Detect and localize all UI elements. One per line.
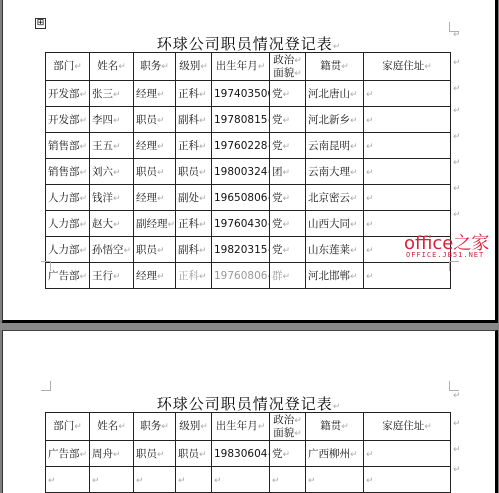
cell-hometown[interactable]: 河北新乡↵ [306, 107, 364, 133]
margin-corner-top-right [449, 381, 459, 391]
header-position: 职务↵ [134, 53, 176, 81]
table-row: 销售部↵ 刘六↵ 职员↵ 职员↵ 19800324↵ 团↵ 云南大理↵ ↵ [46, 159, 451, 185]
cell-dept[interactable]: 销售部↵ [46, 133, 90, 159]
row-end-mark: ↵ [453, 158, 461, 168]
margin-corner-top-left [41, 381, 51, 391]
cell-dept[interactable]: 人力部↵ [46, 185, 90, 211]
row-end-mark: ↵ [453, 132, 461, 142]
cell-politics[interactable]: 党↵ [270, 185, 306, 211]
row-end-mark: ↵ [453, 419, 461, 429]
cell-politics[interactable]: 群↵ [270, 263, 306, 289]
cell-dept[interactable]: 广告部↵ [46, 263, 90, 289]
cell-level[interactable]: 副处↵ [176, 185, 212, 211]
cell-politics[interactable]: 党↵ [270, 107, 306, 133]
header-position: 职务↵ [134, 413, 176, 441]
cell-address[interactable]: ↵ [364, 441, 451, 467]
cell-hometown[interactable]: 云南大理↵ [306, 159, 364, 185]
header-birth: 出生年月↵ [212, 413, 270, 441]
cell-birth[interactable]: 19760806↵ [212, 263, 270, 289]
cell-level[interactable]: 职员↵ [176, 159, 212, 185]
cell-position[interactable]: 副经理↵ [134, 211, 176, 237]
cell-politics[interactable]: 党↵ [270, 237, 306, 263]
table-row: 广告部↵ 王行↵ 经理↵ 正科↵ 19760806↵ 群↵ 河北邯郸↵ ↵ [46, 263, 451, 289]
cell-name[interactable]: 王五↵ [90, 133, 134, 159]
cell-name[interactable]: 孙悟空↵ [90, 237, 134, 263]
cell-dept[interactable]: 销售部↵ [46, 159, 90, 185]
cell-name[interactable]: 王行↵ [90, 263, 134, 289]
table-row: 人力部↵ 赵大↵ 副经理↵ 正科↵ 19760430↵ 党↵ 山西大同↵ ↵ [46, 211, 451, 237]
table-header-row: 部门↵ 姓名↵ 职务↵ 级别↵ 出生年月↵ 政治↵面貌↵ 籍贯↵ 家庭住址↵ [46, 413, 451, 441]
cell-hometown[interactable]: 山东莲莱↵ [306, 237, 364, 263]
cell-address[interactable]: ↵ [364, 467, 451, 493]
cell-level[interactable]: ↵ [176, 467, 212, 493]
cell-position[interactable]: 职员↵ [134, 159, 176, 185]
cell-dept[interactable]: 人力部↵ [46, 211, 90, 237]
cell-hometown[interactable]: 北京密云↵ [306, 185, 364, 211]
header-dept: 部门↵ [46, 413, 90, 441]
table-row: 人力部↵ 钱洋↵ 经理↵ 副处↵ 19650806↵ 党↵ 北京密云↵ ↵ [46, 185, 451, 211]
employee-table-continued: 部门↵ 姓名↵ 职务↵ 级别↵ 出生年月↵ 政治↵面貌↵ 籍贯↵ 家庭住址↵ 广… [45, 412, 451, 493]
cell-level[interactable]: 副科↵ [176, 107, 212, 133]
cell-birth[interactable]: 19820315↵ [212, 237, 270, 263]
cell-position[interactable]: 职员↵ [134, 441, 176, 467]
document-page-2: 环球公司职员情况登记表↵ 部门↵ 姓名↵ 职务↵ 级别↵ 出生年月↵ 政治↵面貌… [2, 330, 498, 493]
cell-name[interactable]: 李四↵ [90, 107, 134, 133]
cell-name[interactable]: 刘六↵ [90, 159, 134, 185]
cell-address[interactable]: ↵ [364, 107, 451, 133]
page-title: 环球公司职员情况登记表↵ [3, 33, 495, 54]
cell-politics[interactable]: 党↵ [270, 441, 306, 467]
row-end-mark: ↵ [453, 465, 461, 475]
cell-birth[interactable]: 197403506↵ [212, 81, 270, 107]
employee-table: 部门↵ 姓名↵ 职务↵ 级别↵ 出生年月↵ 政治↵面貌↵ 籍贯↵ 家庭住址↵ 开… [45, 52, 451, 289]
header-name: 姓名↵ [90, 413, 134, 441]
margin-corner-bottom-right [449, 261, 459, 271]
cell-birth[interactable]: 19760228↵ [212, 133, 270, 159]
header-politics: 政治↵面貌↵ [270, 53, 306, 81]
header-name: 姓名↵ [90, 53, 134, 81]
cell-dept[interactable]: 人力部↵ [46, 237, 90, 263]
table-row: 人力部↵ 孙悟空↵ 职员↵ 副科↵ 19820315↵ 党↵ 山东莲莱↵ ↵ [46, 237, 451, 263]
cell-politics[interactable]: 党↵ [270, 211, 306, 237]
cell-level[interactable]: 正科↵ [176, 133, 212, 159]
row-end-mark: ↵ [453, 84, 461, 94]
cell-position[interactable]: 经理↵ [134, 263, 176, 289]
cell-level[interactable]: 正科↵ [176, 211, 212, 237]
cell-address[interactable]: ↵ [364, 185, 451, 211]
cell-position[interactable]: 经理↵ [134, 81, 176, 107]
cell-level[interactable]: 正科↵ [176, 263, 212, 289]
cell-address[interactable]: ↵ [364, 81, 451, 107]
cell-birth[interactable]: 19650806↵ [212, 185, 270, 211]
cell-name[interactable]: 赵大↵ [90, 211, 134, 237]
cell-politics[interactable]: 党↵ [270, 81, 306, 107]
row-end-mark: ↵ [453, 106, 461, 116]
header-address: 家庭住址↵ [364, 413, 451, 441]
table-row: 开发部↵ 李四↵ 职员↵ 副科↵ 19780815↵ 党↵ 河北新乡↵ ↵ [46, 107, 451, 133]
cell-dept[interactable]: 广告部↵ [46, 441, 90, 467]
cell-dept[interactable]: 开发部↵ [46, 81, 90, 107]
cell-level[interactable]: 正科↵ [176, 81, 212, 107]
row-end-mark: ↵ [453, 445, 461, 455]
page-title: 环球公司职员情况登记表↵ [3, 393, 495, 414]
cell-address[interactable]: ↵ [364, 133, 451, 159]
cell-hometown[interactable]: 云南昆明↵ [306, 133, 364, 159]
cell-birth[interactable]: 19830604↵ [212, 441, 270, 467]
cell-level[interactable]: 副科↵ [176, 237, 212, 263]
cell-hometown[interactable]: ↵ [306, 467, 364, 493]
table-row: 开发部↵ 张三↵ 经理↵ 正科↵ 197403506↵ 党↵ 河北唐山↵ ↵ [46, 81, 451, 107]
cell-birth[interactable]: 19800324↵ [212, 159, 270, 185]
cell-name[interactable]: 钱洋↵ [90, 185, 134, 211]
table-header-row: 部门↵ 姓名↵ 职务↵ 级别↵ 出生年月↵ 政治↵面貌↵ 籍贯↵ 家庭住址↵ [46, 53, 451, 81]
header-politics: 政治↵面貌↵ [270, 413, 306, 441]
header-level: 级别↵ [176, 413, 212, 441]
cell-hometown[interactable]: 河北邯郸↵ [306, 263, 364, 289]
cell-dept[interactable]: ↵ [46, 467, 90, 493]
header-hometown: 籍贯↵ [306, 413, 364, 441]
cell-birth[interactable]: ↵ [212, 467, 270, 493]
cell-birth[interactable]: 19760430↵ [212, 211, 270, 237]
header-level: 级别↵ [176, 53, 212, 81]
cell-name[interactable]: 周舟↵ [90, 441, 134, 467]
cell-politics[interactable]: 团↵ [270, 159, 306, 185]
cell-politics[interactable]: 党↵ [270, 133, 306, 159]
row-end-mark: ↵ [453, 184, 461, 194]
table-move-handle-icon[interactable]: ⊞ [35, 18, 46, 29]
cell-level[interactable]: 职员↵ [176, 441, 212, 467]
paragraph-mark: ↵ [453, 391, 461, 401]
cell-name[interactable]: 张三↵ [90, 81, 134, 107]
watermark-url: OFFICE.JB51.NET [406, 251, 484, 259]
cell-position[interactable]: 职员↵ [134, 107, 176, 133]
document-page-1: ⊞ 环球公司职员情况登记表↵ 部门↵ 姓名↵ 职务↵ 级别↵ 出生年月↵ 政治↵… [2, 0, 498, 323]
cell-name[interactable]: ↵ [90, 467, 134, 493]
page-gap [0, 323, 499, 330]
cell-dept[interactable]: 开发部↵ [46, 107, 90, 133]
cell-position[interactable]: 经理↵ [134, 133, 176, 159]
cell-position[interactable]: ↵ [134, 467, 176, 493]
cell-hometown[interactable]: 山西大同↵ [306, 211, 364, 237]
header-hometown: 籍贯↵ [306, 53, 364, 81]
cell-birth[interactable]: 19780815↵ [212, 107, 270, 133]
cell-address[interactable]: ↵ [364, 159, 451, 185]
cell-politics[interactable]: ↵ [270, 467, 306, 493]
cell-position[interactable]: 经理↵ [134, 185, 176, 211]
margin-corner-bottom-left [41, 261, 51, 271]
cell-hometown[interactable]: 河北唐山↵ [306, 81, 364, 107]
cell-position[interactable]: 职员↵ [134, 237, 176, 263]
paragraph-mark: ↵ [453, 30, 461, 40]
row-end-mark: ↵ [453, 58, 461, 68]
table-row-empty: ↵ ↵ ↵ ↵ ↵ ↵ ↵ ↵ [46, 467, 451, 493]
table-row: 广告部↵ 周舟↵ 职员↵ 职员↵ 19830604↵ 党↵ 广西柳州↵ ↵ [46, 441, 451, 467]
cell-address[interactable]: ↵ [364, 263, 451, 289]
header-dept: 部门↵ [46, 53, 90, 81]
row-end-mark: ↵ [453, 210, 461, 220]
header-birth: 出生年月↵ [212, 53, 270, 81]
table-row: 销售部↵ 王五↵ 经理↵ 正科↵ 19760228↵ 党↵ 云南昆明↵ ↵ [46, 133, 451, 159]
cell-hometown[interactable]: 广西柳州↵ [306, 441, 364, 467]
header-address: 家庭住址↵ [364, 53, 451, 81]
